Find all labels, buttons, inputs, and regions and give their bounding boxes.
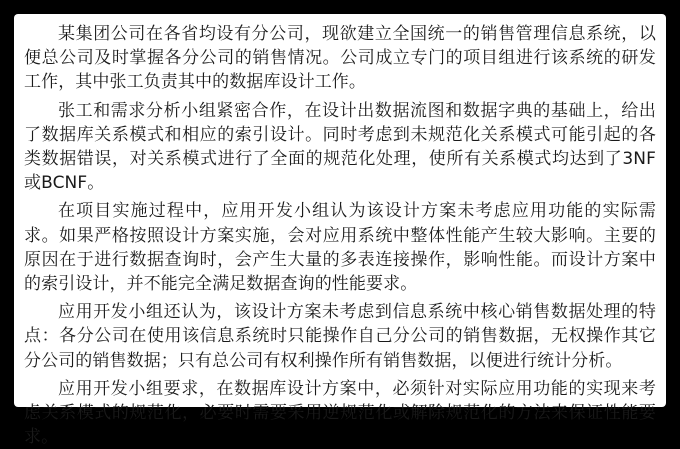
- paragraph-implementation-issue: 在项目实施过程中，应用开发小组认为该设计方案未考虑应用功能的实际需求。如果严格按…: [24, 199, 656, 296]
- paragraph-sales-data: 应用开发小组还认为，该设计方案未考虑到信息系统中核心销售数据处理的特点：各分公司…: [24, 300, 656, 373]
- paragraph-background: 某集团公司在各省均设有分公司，现欲建立全国统一的销售管理信息系统，以便总公司及时…: [24, 22, 656, 95]
- paragraph-design: 张工和需求分析小组紧密合作，在设计出数据流图和数据字典的基础上，给出了数据库关系…: [24, 99, 656, 196]
- paragraph-requirement: 应用开发小组要求，在数据库设计方案中，必须针对实际应用功能的实现来考虑关系模式的…: [24, 377, 656, 422]
- document-panel: 某集团公司在各省均设有分公司，现欲建立全国统一的销售管理信息系统，以便总公司及时…: [14, 14, 666, 407]
